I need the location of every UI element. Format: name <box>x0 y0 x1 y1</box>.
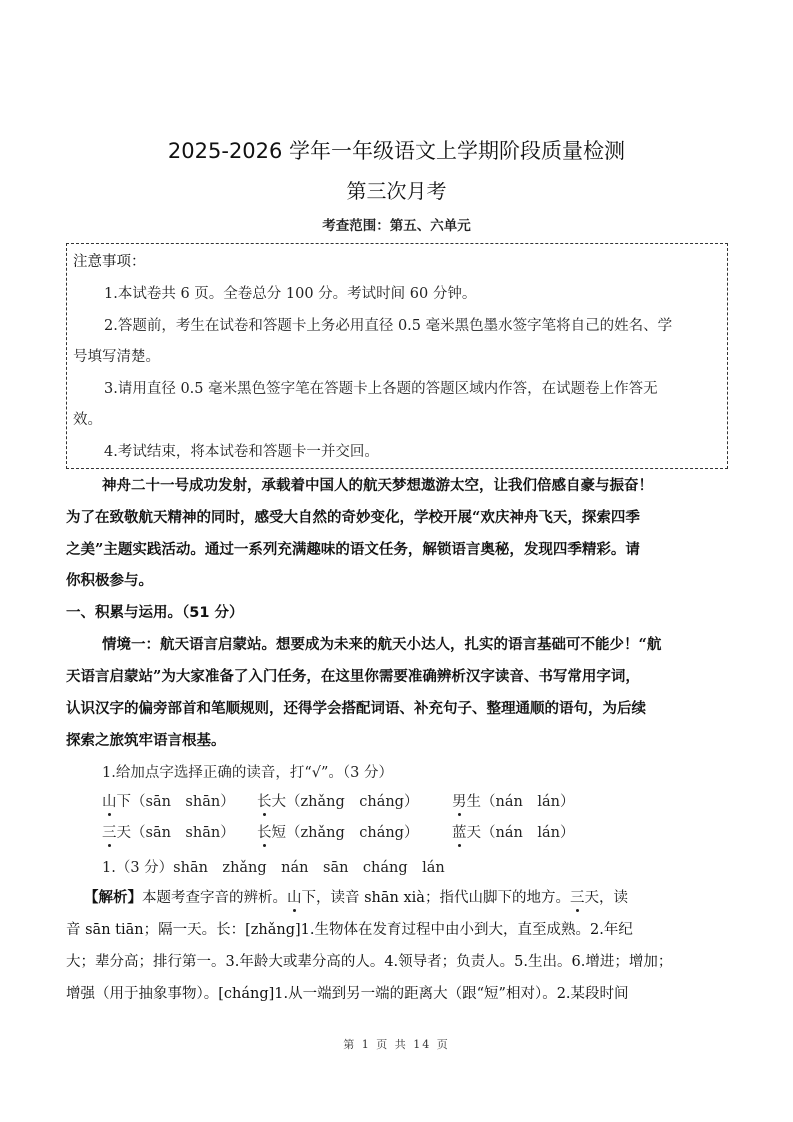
pinyin-options: （zhǎng cháng） <box>286 794 418 810</box>
pinyin-options: （zhǎng cháng） <box>286 825 418 841</box>
question-1-answer: 1.（3 分）shān zhǎng nán sān cháng lán <box>102 858 445 878</box>
notice-line-2-cont: 号填写清楚。 <box>73 347 160 367</box>
pinyin-options: （sān shān） <box>131 794 235 810</box>
word-rest: 短 <box>272 825 287 841</box>
context-line-3: 认识汉字的偏旁部首和笔顺规则，还得学会搭配词语、补充句子、整理通顺的语句，为后续 <box>66 699 646 719</box>
question-1-row-1: 山下（sān shān）长大（zhǎng cháng）男生（nán lán） <box>102 792 574 812</box>
notice-box: 注意事项： 1.本试卷共 6 页。全卷总分 100 分。考试时间 60 分钟。 … <box>66 243 728 469</box>
pinyin-options: （sān shān） <box>131 825 235 841</box>
intro-line-2: 为了在致敬航天精神的同时，感受大自然的奇妙变化，学校开展“欢庆神舟飞天，探索四季 <box>66 508 640 528</box>
dotted-char: 长 <box>257 823 272 843</box>
dotted-char: 三 <box>570 888 585 908</box>
dotted-char: 男 <box>452 792 467 812</box>
dotted-char: 山 <box>287 888 302 908</box>
notice-line-1: 1.本试卷共 6 页。全卷总分 100 分。考试时间 60 分钟。 <box>104 284 476 304</box>
analysis-text: 天，读 <box>584 890 628 906</box>
section-heading: 一、积累与运用。（51 分） <box>66 603 243 623</box>
page-number: 第 1 页 共 14 页 <box>0 1037 793 1053</box>
analysis-line-3: 大；辈分高；排行第一。3.年龄大或辈分高的人。4.领导者；负责人。5.生出。6.… <box>66 952 672 972</box>
analysis-line-2: 音 sān tiān；隔一天。长：[zhǎng]1.生物体在发育过程中由小到大，… <box>66 920 633 940</box>
word-rest: 下 <box>117 794 132 810</box>
pinyin-choice: 山下（sān shān） <box>102 792 257 812</box>
analysis-text: 本题考查字音的辨析。 <box>142 890 287 906</box>
intro-line-4: 你积极参与。 <box>66 571 153 591</box>
context-line-2: 天语言启蒙站”为大家准备了入门任务，在这里你需要准确辨析汉字读音、书写常用字词， <box>66 667 640 687</box>
analysis-line-1: 【解析】本题考查字音的辨析。山下，读音 shān xià；指代山脚下的地方。三天… <box>84 888 628 908</box>
dotted-char: 山 <box>102 792 117 812</box>
pinyin-choice: 男生（nán lán） <box>452 792 574 812</box>
intro-line-3: 之美”主题实践活动。通过一系列充满趣味的语文任务，解锁语言奥秘，发现四季精彩。请 <box>66 540 640 560</box>
word-rest: 大 <box>272 794 287 810</box>
analysis-text: 下，读音 shān xià；指代山脚下的地方。 <box>302 890 570 906</box>
dotted-char: 三 <box>102 823 117 843</box>
pinyin-choice: 长大（zhǎng cháng） <box>257 792 452 812</box>
analysis-label: 【解析】 <box>84 890 142 906</box>
notice-title: 注意事项： <box>73 252 146 272</box>
dotted-char: 蓝 <box>452 823 467 843</box>
notice-line-4: 4.考试结束，将本试卷和答题卡一并交回。 <box>104 442 379 462</box>
question-1-row-2: 三天（sān shān）长短（zhǎng cháng）蓝天（nán lán） <box>102 823 574 843</box>
pinyin-choice: 长短（zhǎng cháng） <box>257 823 452 843</box>
word-rest: 天 <box>117 825 132 841</box>
analysis-line-4: 增强（用于抽象事物）。[cháng]1.从一端到另一端的距离大（跟“短”相对）。… <box>66 984 629 1004</box>
dotted-char: 长 <box>257 792 272 812</box>
intro-line-1: 神舟二十一号成功发射，承载着中国人的航天梦想遨游太空，让我们倍感自豪与振奋！ <box>102 476 653 496</box>
notice-line-3: 3.请用直径 0.5 毫米黑色签字笔在答题卡上各题的答题区域内作答，在试题卷上作… <box>104 379 658 399</box>
pinyin-options: （nán lán） <box>481 825 574 841</box>
question-1-prompt: 1.给加点字选择正确的读音，打“√”。（3 分） <box>102 763 393 783</box>
pinyin-choice: 三天（sān shān） <box>102 823 257 843</box>
notice-line-3-cont: 效。 <box>73 410 102 430</box>
notice-line-2: 2.答题前，考生在试卷和答题卡上务必用直径 0.5 毫米黑色墨水签字笔将自己的姓… <box>104 316 672 336</box>
exam-subtitle: 第三次月考 <box>0 177 793 205</box>
word-rest: 生 <box>467 794 482 810</box>
context-line-1: 情境一：航天语言启蒙站。想要成为未来的航天小达人，扎实的语言基础可不能少！“航 <box>102 635 661 655</box>
pinyin-choice: 蓝天（nán lán） <box>452 823 574 843</box>
context-line-4: 探索之旅筑牢语言根基。 <box>66 731 226 751</box>
exam-title: 2025-2026 学年一年级语文上学期阶段质量检测 <box>0 137 793 165</box>
exam-scope: 考查范围：第五、六单元 <box>0 216 793 236</box>
pinyin-options: （nán lán） <box>481 794 574 810</box>
word-rest: 天 <box>467 825 482 841</box>
